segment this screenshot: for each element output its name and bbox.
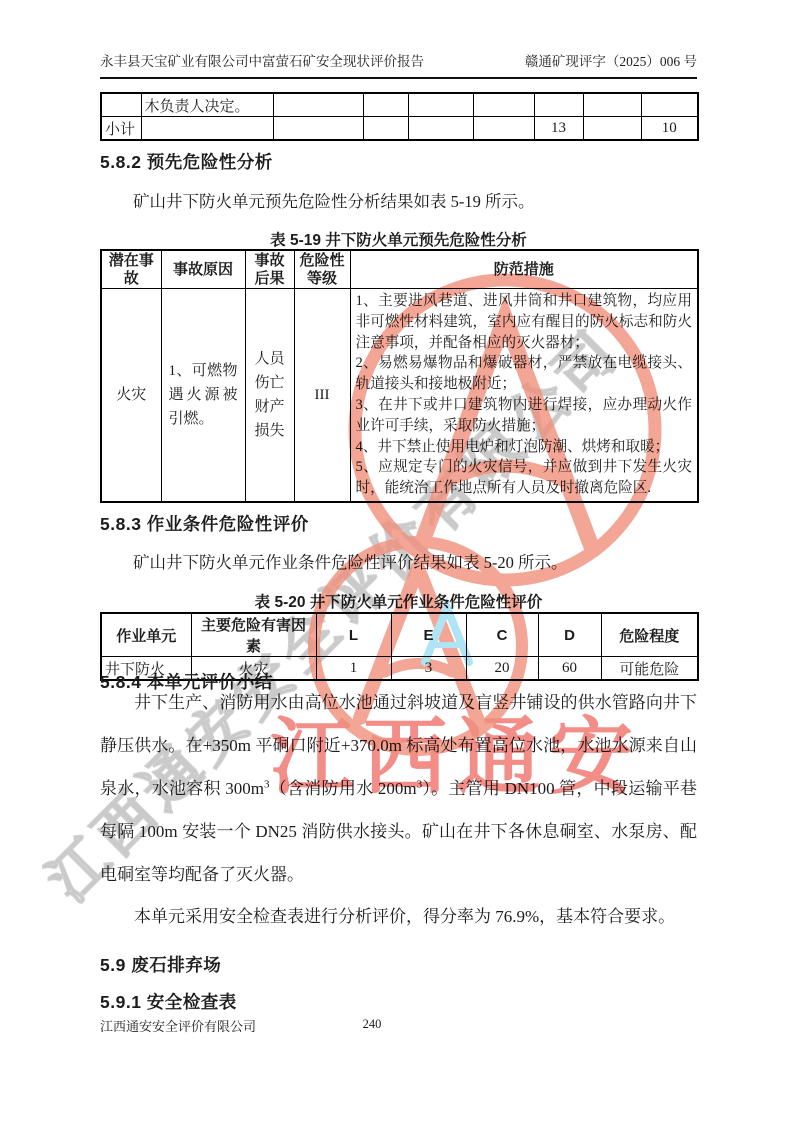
section-heading-5-8-2: 5.8.2 预先危险性分析 [100,149,697,174]
measures-cell: 1、主要进风巷道、进风井筒和井口建筑物，均应用非可燃性材料建筑，室内应有醒目的防… [350,289,698,502]
col-header-C: C [466,613,538,657]
subtotal-value-cell: 10 [641,117,698,141]
table-5-20-caption: 表 5-20 井下防火单元作业条件危险性评价 [100,590,697,612]
continuation-text-cell: 木负责人决定。 [141,93,273,117]
table-5-19-caption: 表 5-19 井下防火单元预先危险性分析 [100,228,697,250]
col-header-degree: 危险程度 [601,613,698,657]
col-header-measures: 防范措施 [350,250,698,289]
col-header-unit: 作业单元 [101,613,191,657]
paragraph-5-8-3: 矿山井下防火单元作业条件危险性评价结果如表 5-20 所示。 [100,549,697,573]
page-number: 240 [363,1017,382,1032]
measure-item: 5、应规定专门的火灾信号，并应做到井下发生火灾时，能统治工作地点所有人员及时撤离… [356,457,693,499]
measure-item: 1、主要进风巷道、进风井筒和井口建筑物，均应用非可燃性材料建筑，室内应有醒目的防… [356,291,693,353]
table-row: 小计 13 10 [101,117,698,141]
measure-item: 2、易燃易爆物品和爆破器材，严禁放在电缆接头、轨道接头和接地极附近； [356,353,693,395]
header-doc-number: 赣通矿现评字（2025）006 号 [525,50,697,70]
page-header: 永丰县天宝矿业有限公司中富萤石矿安全现状评价报告 赣通矿现评字（2025）006… [100,50,697,79]
subtotal-label-cell: 小计 [101,117,141,141]
col-header-L: L [316,613,391,657]
col-header-hazard: 潜在事故 [101,250,161,289]
table-5-19: 潜在事故 事故原因 事故后果 危险性等级 防范措施 火灾 1、可燃物遇火源被引燃… [100,249,699,503]
footer-company-name: 江西通安安全评价有限公司 [100,1019,256,1034]
paragraph-5-8-4-1: 井下生产、消防用水由高位水池通过斜坡道及盲竖井铺设的供水管路向井下静压供水。在+… [100,681,697,896]
col-header-cause: 事故原因 [161,250,245,289]
col-header-consequence: 事故后果 [245,250,294,289]
col-header-factor: 主要危险有害因素 [191,613,316,657]
section-heading-5-9: 5.9 废石排弃场 [100,952,697,977]
measure-item: 4、井下禁止使用电炉和灯泡防潮、烘烤和取暖； [356,437,693,458]
table-row: 火灾 1、可燃物遇火源被引燃。 人员伤亡财产损失 III 1、主要进风巷道、进风… [101,289,698,502]
hazard-cell: 火灾 [101,289,161,502]
paragraph-5-8-4-2: 本单元采用安全检查表进行分析评价，得分率为 76.9%，基本符合要求。 [100,895,697,938]
level-cell: III [294,289,350,502]
col-header-E: E [391,613,466,657]
page-footer: 江西通安安全评价有限公司 240 [100,1016,697,1035]
section-heading-5-9-1: 5.9.1 安全检查表 [100,989,697,1014]
measure-item: 3、在井下或井口建筑物内进行焊接，应办理动火作业许可手续，采取防火措施； [356,395,693,437]
table-header-row: 潜在事故 事故原因 事故后果 危险性等级 防范措施 [101,250,698,289]
col-header-level: 危险性等级 [294,250,350,289]
cause-cell: 1、可燃物遇火源被引燃。 [161,289,245,502]
table-header-row: 作业单元 主要危险有害因素 L E C D 危险程度 [101,613,698,657]
col-header-D: D [538,613,601,657]
subtotal-value-cell: 13 [534,117,583,141]
continuation-table: 木负责人决定。 小计 13 10 [100,92,699,141]
table-row: 木负责人决定。 [101,93,698,117]
para-segment: （含消防用水 200m [270,779,417,798]
report-page: 永丰县天宝矿业有限公司中富萤石矿安全现状评价报告 赣通矿现评字（2025）006… [0,0,793,1122]
consequence-cell: 人员伤亡财产损失 [245,289,294,502]
section-heading-5-8-3: 5.8.3 作业条件危险性评价 [100,511,697,536]
paragraph-5-8-2: 矿山井下防火单元预先危险性分析结果如表 5-19 所示。 [100,188,697,212]
header-report-title: 永丰县天宝矿业有限公司中富萤石矿安全现状评价报告 [100,50,424,70]
